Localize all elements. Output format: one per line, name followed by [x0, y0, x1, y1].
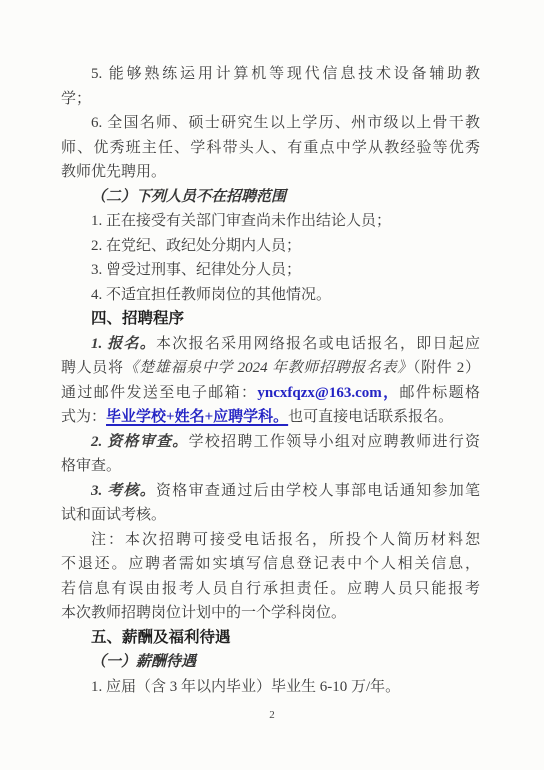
doc-line: 2. 在党纪、政纪处分期内人员； [61, 234, 480, 259]
text-segment: （附件 2） [413, 360, 480, 376]
document-lines: 5. 能够熟练运用计算机等现代信息技术设备辅助教学；6. 全国名师、硕士研究生以… [61, 62, 480, 699]
doc-line: 不退还。应聘者需如实填写信息登记表中个人相关信息， [61, 552, 480, 577]
text-segment: （一）薪酬待遇 [91, 654, 196, 670]
doc-line: 注：本次招聘可接受电话报名，所投个人简历材料恕 [61, 528, 480, 553]
doc-line: 1. 应届（含 3 年以内毕业）毕业生 6-10 万/年。 [61, 675, 480, 700]
doc-line: 教师优先聘用。 [61, 160, 480, 185]
doc-line: 1. 报名。本次报名采用网络报名或电话报名，即日起应 [61, 332, 480, 357]
doc-line: （二）下列人员不在招聘范围 [61, 185, 480, 210]
doc-line: 1. 正在接受有关部门审查尚未作出结论人员； [61, 209, 480, 234]
text-segment: 资格审查通过后由学校人事部电话通知参加笔 [156, 483, 480, 499]
text-segment: 注：本次招聘可接受电话报名，所投个人简历材料恕 [91, 532, 480, 548]
doc-line: 本次教师招聘岗位计划中的一个学科岗位。 [61, 601, 480, 626]
text-segment: 本次教师招聘岗位计划中的一个学科岗位。 [61, 605, 346, 621]
text-segment: （二）下列人员不在招聘范围 [91, 189, 286, 205]
text-segment: 1. 正在接受有关部门审查尚未作出结论人员； [91, 213, 391, 229]
text-segment: 3. 考核。 [91, 483, 156, 499]
text-segment: 学校招聘工作领导小组对应聘教师进行资 [189, 434, 480, 450]
doc-line: （一）薪酬待遇 [61, 650, 480, 675]
doc-line: 6. 全国名师、硕士研究生以上学历、州市级以上骨干教 [61, 111, 480, 136]
text-segment: 4. 不适宜担任教师岗位的其他情况。 [91, 287, 331, 303]
text-segment: 若信息有误由报考人员自行承担责任。应聘人员只能报考 [61, 581, 480, 597]
doc-line: 若信息有误由报考人员自行承担责任。应聘人员只能报考 [61, 577, 480, 602]
text-segment: 邮件标题格 [400, 385, 480, 401]
text-segment: 3. 曾受过刑事、纪律处分人员； [91, 262, 301, 278]
doc-line: 聘人员将《楚雄福泉中学 2024 年教师招聘报名表》（附件 2） [61, 356, 480, 381]
doc-line: 学； [61, 87, 480, 112]
text-segment: 6. 全国名师、硕士研究生以上学历、州市级以上骨干教 [91, 115, 480, 131]
text-segment: 四、招聘程序 [91, 310, 184, 327]
email-subject-format-text: 毕业学校+姓名+应聘学科。 [106, 409, 288, 425]
text-segment: 教师优先聘用。 [61, 164, 166, 180]
text-segment: 5. 能够熟练运用计算机等现代信息技术设备辅助教 [91, 66, 480, 82]
doc-line: 师、优秀班主任、学科带头人、有重点中学从教经验等优秀 [61, 136, 480, 161]
text-segment: 不退还。应聘者需如实填写信息登记表中个人相关信息， [61, 556, 480, 572]
doc-line: 格审查。 [61, 454, 480, 479]
text-segment: 2. 在党纪、政纪处分期内人员； [91, 238, 301, 254]
text-segment: 格审查。 [61, 458, 121, 474]
text-segment: 本次报名采用网络报名或电话报名，即日起应 [156, 336, 480, 352]
doc-line: 试和面试考核。 [61, 503, 480, 528]
text-segment: 2. 资格审查。 [91, 434, 189, 450]
text-segment: 1. 应届（含 3 年以内毕业）毕业生 6-10 万/年。 [91, 679, 400, 695]
text-segment: 学； [61, 91, 91, 107]
doc-line: 五、薪酬及福利待遇 [61, 626, 480, 651]
text-segment: 五、薪酬及福利待遇 [91, 629, 231, 646]
doc-line: 5. 能够熟练运用计算机等现代信息技术设备辅助教 [61, 62, 480, 87]
doc-line: 3. 曾受过刑事、纪律处分人员； [61, 258, 480, 283]
text-segment: 式为： [61, 409, 106, 425]
doc-line: 3. 考核。资格审查通过后由学校人事部电话通知参加笔 [61, 479, 480, 504]
text-segment: 试和面试考核。 [61, 507, 166, 523]
text-segment: 也可直接电话联系报名。 [288, 409, 453, 425]
doc-line: 通过邮件发送至电子邮箱：yncxfqzx@163.com，邮件标题格 [61, 381, 480, 406]
document-page: 5. 能够熟练运用计算机等现代信息技术设备辅助教学；6. 全国名师、硕士研究生以… [0, 0, 544, 770]
doc-line: 式为：毕业学校+姓名+应聘学科。也可直接电话联系报名。 [61, 405, 480, 430]
text-segment: 师、优秀班主任、学科带头人、有重点中学从教经验等优秀 [61, 140, 480, 156]
text-segment: 1. 报名。 [91, 336, 156, 352]
doc-line: 4. 不适宜担任教师岗位的其他情况。 [61, 283, 480, 308]
text-segment: 《楚雄福泉中学 2024 年教师招聘报名表》 [124, 360, 413, 376]
text-segment: 聘人员将 [61, 360, 124, 376]
doc-line: 四、招聘程序 [61, 307, 480, 332]
doc-line: 2. 资格审查。学校招聘工作领导小组对应聘教师进行资 [61, 430, 480, 455]
email-address-text: yncxfqzx@163.com， [257, 385, 399, 401]
text-segment: 通过邮件发送至电子邮箱： [61, 385, 257, 401]
page-number: 2 [0, 709, 544, 721]
